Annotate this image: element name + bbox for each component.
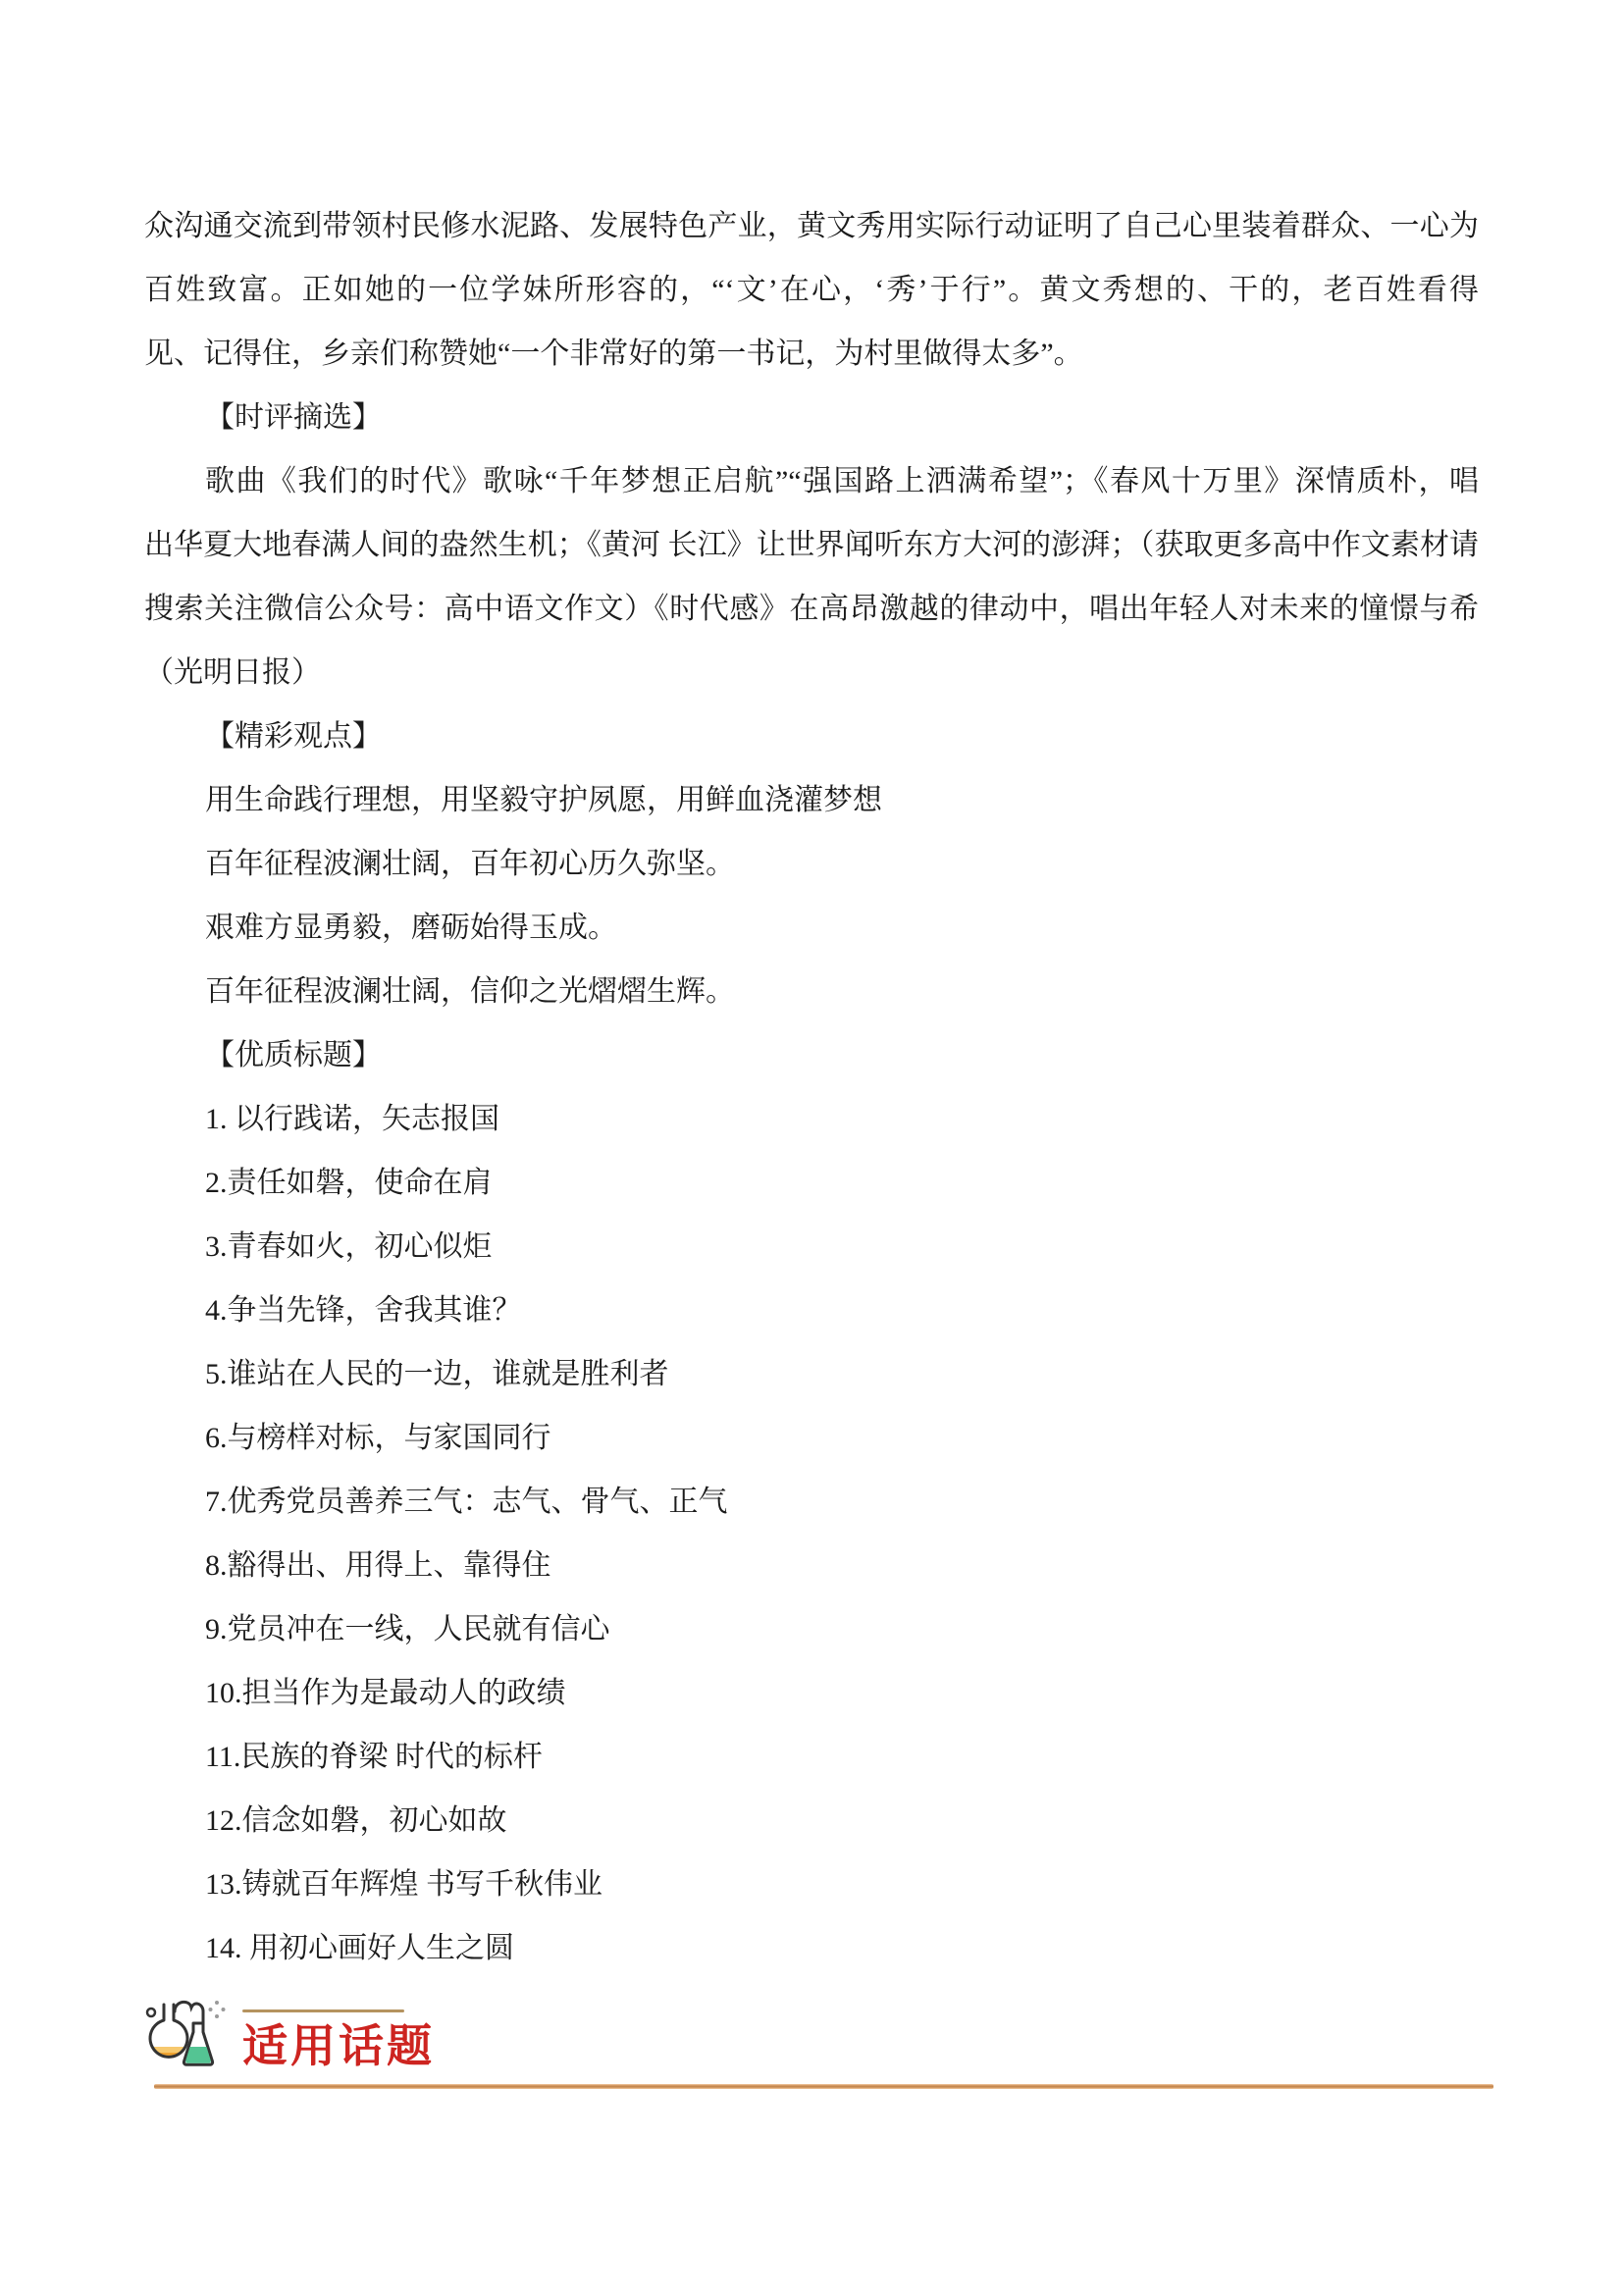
title-list-item: 2.责任如磐，使命在肩 bbox=[144, 1151, 1479, 1215]
chemistry-flasks-icon bbox=[145, 1998, 228, 2080]
title-list-item: 13.铸就百年辉煌 书写千秋伟业 bbox=[144, 1852, 1479, 1916]
erlenmeyer-flask bbox=[183, 2023, 212, 2064]
body-line: 见、记得住，乡亲们称赞她“一个非常好的第一书记，为村里做得太多”。 bbox=[144, 322, 1479, 386]
opinion-line: 艰难方显勇毅，磨砺始得玉成。 bbox=[144, 896, 1479, 960]
title-list-item: 5.谁站在人民的一边，谁就是胜利者 bbox=[144, 1342, 1479, 1406]
opinion-line: 百年征程波澜壮阔，百年初心历久弥坚。 bbox=[144, 832, 1479, 896]
title-list-item: 4.争当先锋，舍我其谁？ bbox=[144, 1278, 1479, 1342]
topic-section-header: 适用话题 bbox=[144, 1998, 1498, 2106]
topic-title: 适用话题 bbox=[242, 2023, 435, 2068]
section-heading-youzhi-biaoti: 【优质标题】 bbox=[144, 1023, 1479, 1087]
title-list-item: 8.豁得出、用得上、靠得住 bbox=[144, 1534, 1479, 1597]
document-text-body: 众沟通交流到带领村民修水泥路、发展特色产业，黄文秀用实际行动证明了自己心里装着群… bbox=[0, 0, 1623, 1980]
body-line: （光明日报） bbox=[144, 641, 1479, 704]
title-list-item: 3.青春如火，初心似炬 bbox=[144, 1215, 1479, 1278]
body-line: 百姓致富。正如她的一位学妹所形容的，“‘文’在心，‘秀’于行”。黄文秀想的、干的… bbox=[144, 258, 1479, 322]
section-heading-jingcai-guandian: 【精彩观点】 bbox=[144, 704, 1479, 768]
title-list-item: 1. 以行践诺，矢志报国 bbox=[144, 1087, 1479, 1151]
title-list-item: 12.信念如磐，初心如故 bbox=[144, 1789, 1479, 1852]
section-heading-shiping-zhaixuan: 【时评摘选】 bbox=[144, 386, 1479, 449]
opinion-line: 用生命践行理想，用坚毅守护夙愿，用鲜血浇灌梦想 bbox=[144, 768, 1479, 832]
topic-long-rule bbox=[154, 2084, 1493, 2089]
body-line: 搜索关注微信公众号：高中语文作文）《时代感》在高昂激越的律动中，唱出年轻人对未来… bbox=[144, 577, 1479, 641]
title-list-item: 14. 用初心画好人生之圆 bbox=[144, 1916, 1479, 1980]
topic-small-rule bbox=[242, 2009, 404, 2012]
title-list-item: 11.民族的脊梁 时代的标杆 bbox=[144, 1725, 1479, 1789]
body-line: 出华夏大地春满人间的盎然生机；《黄河 长江》让世界闻听东方大河的澎湃；（获取更多… bbox=[144, 513, 1479, 577]
title-list-item: 10.担当作为是最动人的政绩 bbox=[144, 1661, 1479, 1725]
title-list-item: 7.优秀党员善养三气：志气、骨气、正气 bbox=[144, 1470, 1479, 1534]
document-page: 众沟通交流到带领村民修水泥路、发展特色产业，黄文秀用实际行动证明了自己心里装着群… bbox=[0, 0, 1623, 2296]
tube-path bbox=[175, 2002, 203, 2023]
opinion-line: 百年征程波澜壮阔，信仰之光熠熠生辉。 bbox=[144, 960, 1479, 1023]
body-line: 众沟通交流到带领村民修水泥路、发展特色产业，黄文秀用实际行动证明了自己心里装着群… bbox=[144, 194, 1479, 258]
body-line: 歌曲《我们的时代》歌咏“千年梦想正启航”“强国路上洒满希望”；《春风十万里》深情… bbox=[144, 449, 1479, 513]
title-list-item: 6.与榜样对标，与家国同行 bbox=[144, 1406, 1479, 1470]
title-list-item: 9.党员冲在一线，人民就有信心 bbox=[144, 1597, 1479, 1661]
sparkle-dots bbox=[209, 2001, 226, 2018]
bubble-dot bbox=[147, 2009, 155, 2016]
